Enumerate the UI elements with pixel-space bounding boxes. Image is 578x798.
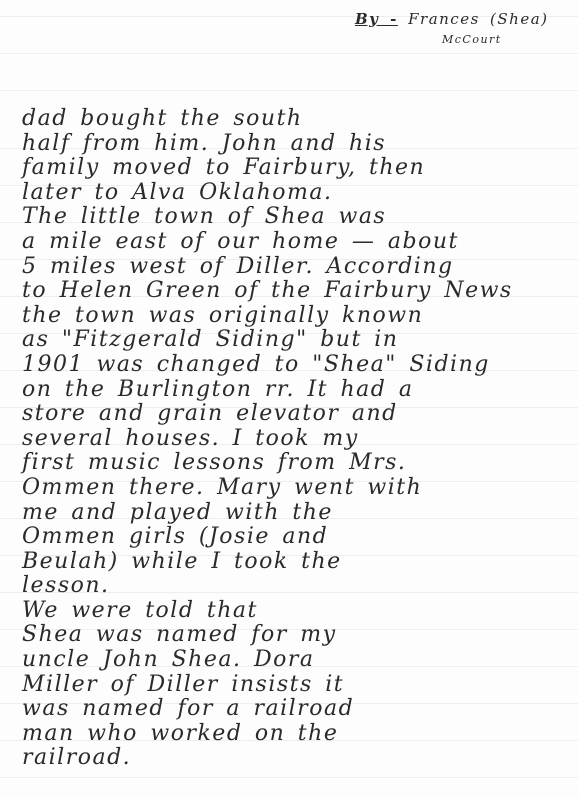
text-line: railroad. xyxy=(22,746,572,771)
text-line: Beulah) while I took the xyxy=(22,550,572,575)
text-line: Shea was named for my xyxy=(22,623,572,648)
byline-name: Frances (Shea) xyxy=(408,10,548,28)
text-line: The little town of Shea was xyxy=(22,205,572,230)
text-line: as "Fitzgerald Siding" but in xyxy=(22,328,572,353)
text-line: first music lessons from Mrs. xyxy=(22,451,572,476)
handwritten-body: dad bought the south half from him. John… xyxy=(22,107,572,771)
text-line: Miller of Diller insists it xyxy=(22,673,572,698)
text-line: half from him. John and his xyxy=(22,132,572,157)
text-line: was named for a railroad xyxy=(22,697,572,722)
text-line: store and grain elevator and xyxy=(22,402,572,427)
byline: By - Frances (Shea) xyxy=(355,10,549,28)
text-line: to Helen Green of the Fairbury News xyxy=(22,279,572,304)
byline-prefix: By - xyxy=(355,10,398,28)
text-line: family moved to Fairbury, then xyxy=(22,156,572,181)
text-line: on the Burlington rr. It had a xyxy=(22,378,572,403)
text-line: a mile east of our home — about xyxy=(22,230,572,255)
text-line: We were told that xyxy=(22,599,572,624)
text-line: Ommen there. Mary went with xyxy=(22,476,572,501)
text-line: Ommen girls (Josie and xyxy=(22,525,572,550)
text-line: me and played with the xyxy=(22,501,572,526)
text-line: the town was originally known xyxy=(22,304,572,329)
byline-surname: McCourt xyxy=(442,33,502,46)
text-line: man who worked on the xyxy=(22,722,572,747)
text-line: 5 miles west of Diller. According xyxy=(22,255,572,280)
text-line: lesson. xyxy=(22,574,572,599)
text-line: dad bought the south xyxy=(22,107,572,132)
text-line: later to Alva Oklahoma. xyxy=(22,181,572,206)
text-line: several houses. I took my xyxy=(22,427,572,452)
text-line: uncle John Shea. Dora xyxy=(22,648,572,673)
text-line: 1901 was changed to "Shea" Siding xyxy=(22,353,572,378)
document-page: By - Frances (Shea) McCourt dad bought t… xyxy=(0,0,578,798)
